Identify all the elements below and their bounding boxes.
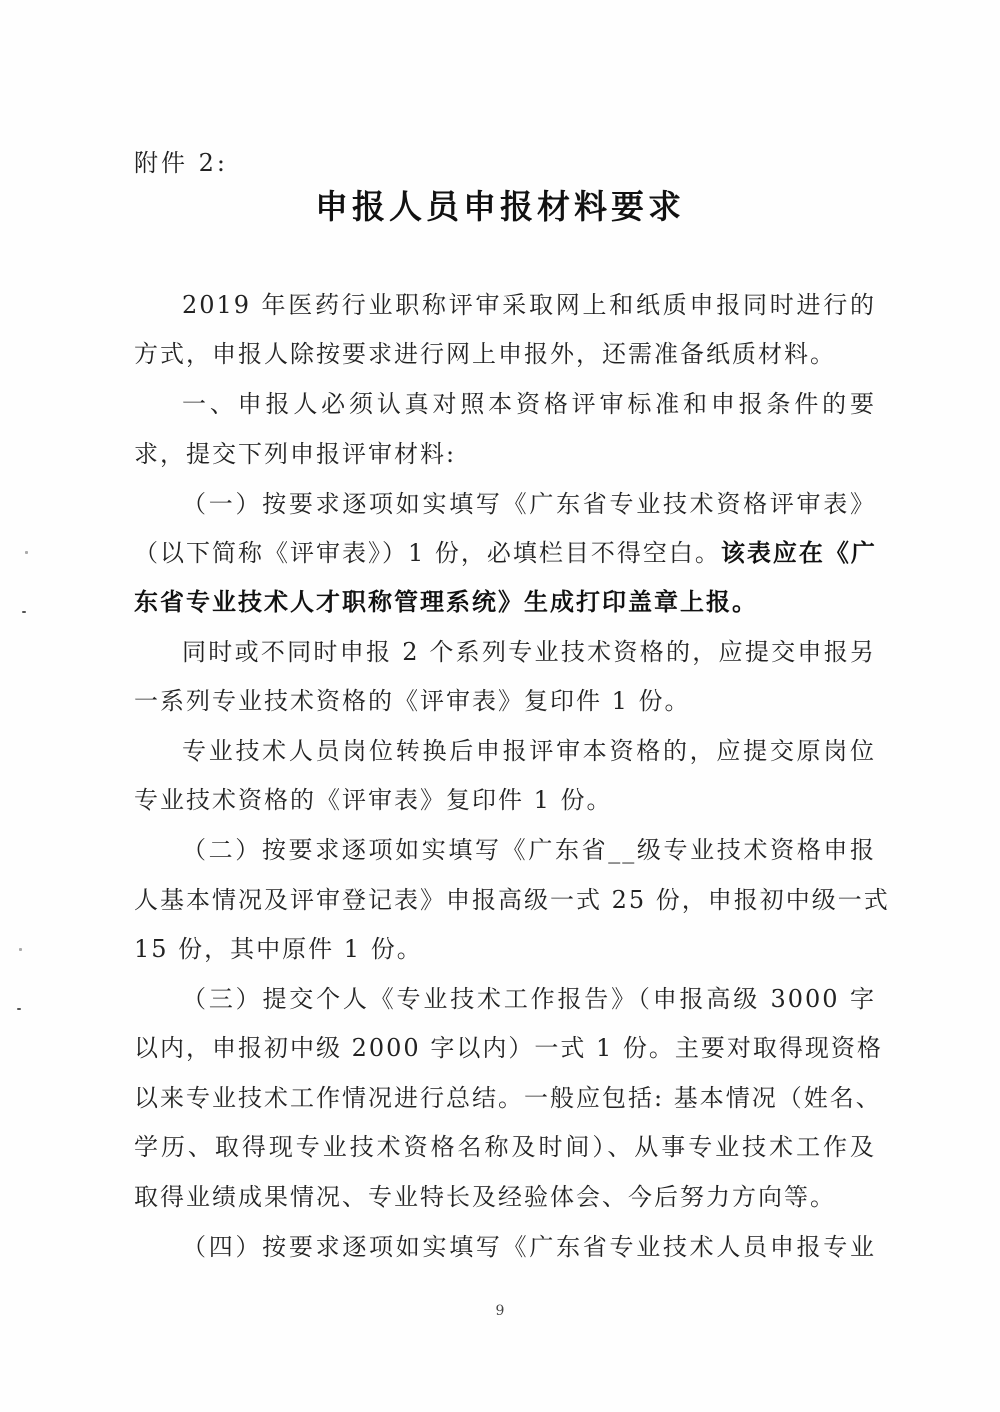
text-line: 学历、取得现专业技术资格名称及时间）、从事专业技术工作及	[134, 1127, 876, 1167]
text-line: （二）按要求逐项如实填写《广东省__级专业技术资格申报	[182, 830, 876, 870]
document-page: 附件 2: 申报人员申报材料要求 2019 年医药行业职称评审采取网上和纸质申报…	[0, 0, 1000, 1412]
text-line: 取得业绩成果情况、专业特长及经验体会、今后努力方向等。	[134, 1177, 876, 1217]
text-line: （以下简称《评审表》）1 份，必填栏目不得空白。该表应在《广	[134, 533, 876, 573]
text-line: 以来专业技术工作情况进行总结。一般应包括: 基本情况（姓名、	[134, 1078, 876, 1118]
text-line: 人基本情况及评审登记表》申报高级一式 25 份，申报初中级一式	[134, 880, 876, 920]
scan-artifact	[19, 948, 22, 951]
text-line: 一、申报人必须认真对照本资格评审标准和申报条件的要	[182, 384, 876, 424]
text-line: 一系列专业技术资格的《评审表》复印件 1 份。	[134, 681, 876, 721]
text-line: 专业技术资格的《评审表》复印件 1 份。	[134, 780, 876, 820]
text-line: 求，提交下列申报评审材料:	[134, 434, 876, 474]
text-line: 同时或不同时申报 2 个系列专业技术资格的，应提交申报另	[182, 632, 876, 672]
document-title: 申报人员申报材料要求	[0, 181, 1000, 228]
text-line: （四）按要求逐项如实填写《广东省专业技术人员申报专业	[182, 1227, 876, 1267]
text-line: 方式，申报人除按要求进行网上申报外，还需准备纸质材料。	[134, 334, 876, 374]
scan-artifact	[25, 551, 28, 554]
bold-text-line: 东省专业技术人才职称管理系统》生成打印盖章上报。	[134, 582, 876, 622]
text-line: 2019 年医药行业职称评审采取网上和纸质申报同时进行的	[182, 285, 876, 325]
text-line: 15 份，其中原件 1 份。	[134, 929, 876, 969]
text-line: （一）按要求逐项如实填写《广东省专业技术资格评审表》	[182, 484, 876, 524]
page-number: 9	[0, 1303, 1000, 1319]
text-segment: （以下简称《评审表》）1 份，必填栏目不得空白。	[134, 539, 721, 567]
scan-artifact	[17, 1008, 21, 1010]
text-line: （三）提交个人《专业技术工作报告》（申报高级 3000 字	[182, 979, 876, 1019]
attachment-label: 附件 2:	[134, 143, 228, 178]
text-line: 以内，申报初中级 2000 字以内）一式 1 份。主要对取得现资格	[134, 1028, 876, 1068]
bold-text-segment: 该表应在《广	[721, 538, 877, 567]
text-line: 专业技术人员岗位转换后申报评审本资格的，应提交原岗位	[182, 731, 876, 771]
scan-artifact	[22, 611, 26, 613]
